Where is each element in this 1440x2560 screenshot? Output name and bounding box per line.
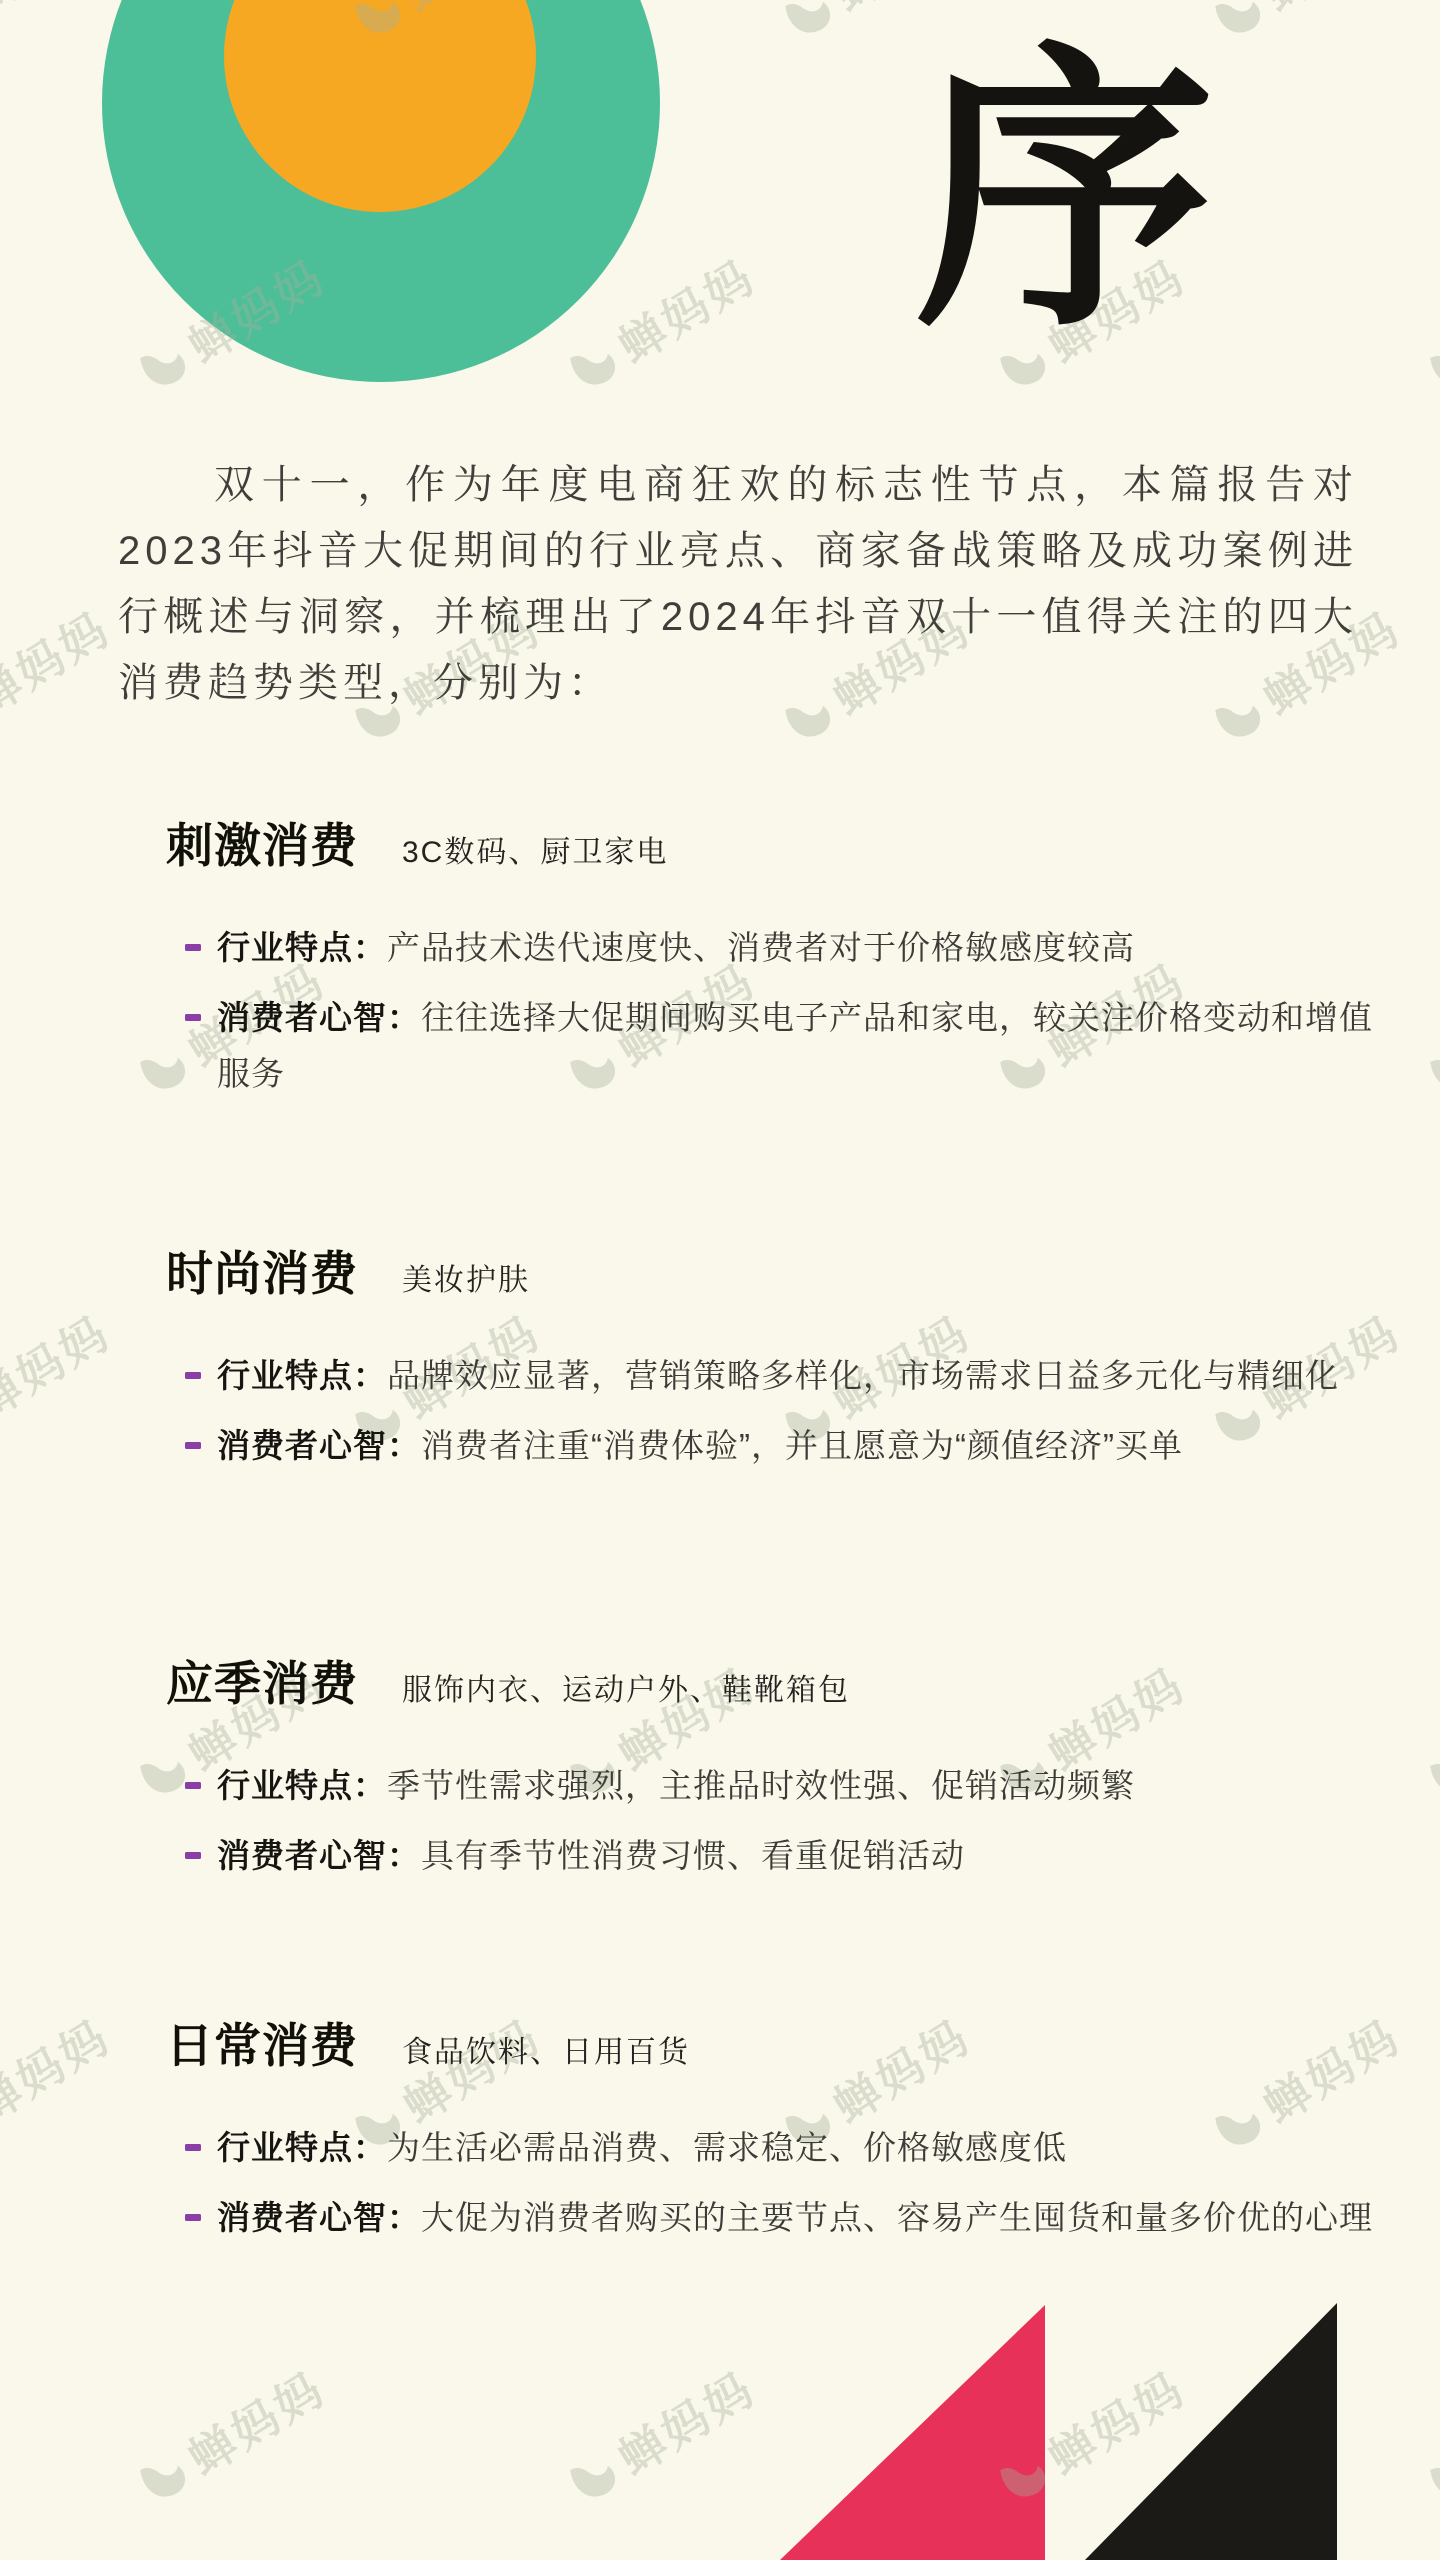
bullet-label: 行业特点： xyxy=(217,2129,387,2166)
bullet-label: 消费者心智： xyxy=(217,1427,421,1464)
bullet-text: 行业特点：品牌效应显著，营销策略多样化，市场需求日益多元化与精细化 xyxy=(217,1348,1397,1404)
section-bullets: 行业特点：品牌效应显著，营销策略多样化，市场需求日益多元化与精细化 消费者心智：… xyxy=(166,1348,1406,1474)
bullet-body: 品牌效应显著，营销策略多样化，市场需求日益多元化与精细化 xyxy=(387,1357,1339,1394)
bullet-body: 产品技术迭代速度快、消费者对于价格敏感度较高 xyxy=(387,929,1135,966)
bullet-item: 行业特点：为生活必需品消费、需求稳定、价格敏感度低 xyxy=(185,2120,1406,2176)
bullet-label: 行业特点： xyxy=(217,1767,387,1804)
consumption-section: 日常消费食品饮料、日用百货 行业特点：为生活必需品消费、需求稳定、价格敏感度低 … xyxy=(166,2020,1406,2260)
section-bullets: 行业特点：季节性需求强烈，主推品时效性强、促销活动频繁 消费者心智：具有季节性消… xyxy=(166,1758,1406,1884)
bullet-body: 季节性需求强烈，主推品时效性强、促销活动频繁 xyxy=(387,1767,1135,1804)
bullet-text: 消费者心智：消费者注重“消费体验”，并且愿意为“颜值经济”买单 xyxy=(217,1418,1397,1474)
section-heading: 日常消费食品饮料、日用百货 xyxy=(166,2020,1406,2084)
bullet-text: 行业特点：产品技术迭代速度快、消费者对于价格敏感度较高 xyxy=(217,920,1397,976)
intro-paragraph: 双十一，作为年度电商狂欢的标志性节点，本篇报告对2023年抖音大促期间的行业亮点… xyxy=(118,452,1358,716)
bullet-dash-icon xyxy=(185,2214,201,2221)
bullet-body: 消费者注重“消费体验”，并且愿意为“颜值经济”买单 xyxy=(421,1427,1183,1464)
bullet-dash-icon xyxy=(185,1442,201,1449)
bullet-item: 行业特点：季节性需求强烈，主推品时效性强、促销活动频繁 xyxy=(185,1758,1406,1814)
section-subtitle: 服饰内衣、运动户外、鞋靴箱包 xyxy=(402,1674,850,1707)
section-title: 刺激消费 xyxy=(166,819,358,872)
bullet-dash-icon xyxy=(185,944,201,951)
bullet-dash-icon xyxy=(185,2144,201,2151)
bullet-text: 消费者心智：往往选择大促期间购买电子产品和家电，较关注价格变动和增值服务 xyxy=(217,990,1397,1102)
bullet-label: 消费者心智： xyxy=(217,999,421,1036)
bullet-text: 消费者心智：大促为消费者购买的主要节点、容易产生囤货和量多价优的心理 xyxy=(217,2190,1397,2246)
section-subtitle: 食品饮料、日用百货 xyxy=(402,2036,690,2069)
bullet-label: 消费者心智： xyxy=(217,1837,421,1874)
section-subtitle: 美妆护肤 xyxy=(402,1264,530,1297)
bullet-item: 行业特点：品牌效应显著，营销策略多样化，市场需求日益多元化与精细化 xyxy=(185,1348,1406,1404)
page-content: 序 双十一，作为年度电商狂欢的标志性节点，本篇报告对2023年抖音大促期间的行业… xyxy=(0,0,1440,2560)
bullet-dash-icon xyxy=(185,1372,201,1379)
section-heading: 应季消费服饰内衣、运动户外、鞋靴箱包 xyxy=(166,1658,1406,1722)
bullet-label: 消费者心智： xyxy=(217,2199,421,2236)
bullet-dash-icon xyxy=(185,1782,201,1789)
section-bullets: 行业特点：产品技术迭代速度快、消费者对于价格敏感度较高 消费者心智：往往选择大促… xyxy=(166,920,1406,1102)
bullet-item: 行业特点：产品技术迭代速度快、消费者对于价格敏感度较高 xyxy=(185,920,1406,976)
section-heading: 刺激消费3C数码、厨卫家电 xyxy=(166,820,1406,884)
bullet-body: 为生活必需品消费、需求稳定、价格敏感度低 xyxy=(387,2129,1067,2166)
bullet-item: 消费者心智：具有季节性消费习惯、看重促销活动 xyxy=(185,1828,1406,1884)
section-subtitle: 3C数码、厨卫家电 xyxy=(402,836,668,869)
section-bullets: 行业特点：为生活必需品消费、需求稳定、价格敏感度低 消费者心智：大促为消费者购买… xyxy=(166,2120,1406,2246)
bullet-item: 消费者心智：往往选择大促期间购买电子产品和家电，较关注价格变动和增值服务 xyxy=(185,990,1406,1102)
bullet-body: 大促为消费者购买的主要节点、容易产生囤货和量多价优的心理 xyxy=(421,2199,1373,2236)
section-heading: 时尚消费美妆护肤 xyxy=(166,1248,1406,1312)
bullet-text: 行业特点：季节性需求强烈，主推品时效性强、促销活动频繁 xyxy=(217,1758,1397,1814)
bullet-text: 行业特点：为生活必需品消费、需求稳定、价格敏感度低 xyxy=(217,2120,1397,2176)
section-title: 时尚消费 xyxy=(166,1247,358,1300)
section-title: 应季消费 xyxy=(166,1657,358,1710)
bullet-dash-icon xyxy=(185,1852,201,1859)
bullet-item: 消费者心智：大促为消费者购买的主要节点、容易产生囤货和量多价优的心理 xyxy=(185,2190,1406,2246)
page-title: 序 xyxy=(915,20,1215,365)
consumption-section: 刺激消费3C数码、厨卫家电 行业特点：产品技术迭代速度快、消费者对于价格敏感度较… xyxy=(166,820,1406,1116)
report-page: 蝉妈妈蝉妈妈蝉妈妈蝉妈妈蝉妈妈蝉妈妈蝉妈妈蝉妈妈蝉妈妈蝉妈妈蝉妈妈蝉妈妈蝉妈妈蝉… xyxy=(0,0,1440,2560)
bullet-label: 行业特点： xyxy=(217,1357,387,1394)
bullet-item: 消费者心智：消费者注重“消费体验”，并且愿意为“颜值经济”买单 xyxy=(185,1418,1406,1474)
bullet-label: 行业特点： xyxy=(217,929,387,966)
bullet-body: 具有季节性消费习惯、看重促销活动 xyxy=(421,1837,965,1874)
section-title: 日常消费 xyxy=(166,2019,358,2072)
bullet-dash-icon xyxy=(185,1014,201,1021)
bullet-text: 消费者心智：具有季节性消费习惯、看重促销活动 xyxy=(217,1828,1397,1884)
consumption-section: 应季消费服饰内衣、运动户外、鞋靴箱包 行业特点：季节性需求强烈，主推品时效性强、… xyxy=(166,1658,1406,1898)
consumption-section: 时尚消费美妆护肤 行业特点：品牌效应显著，营销策略多样化，市场需求日益多元化与精… xyxy=(166,1248,1406,1488)
